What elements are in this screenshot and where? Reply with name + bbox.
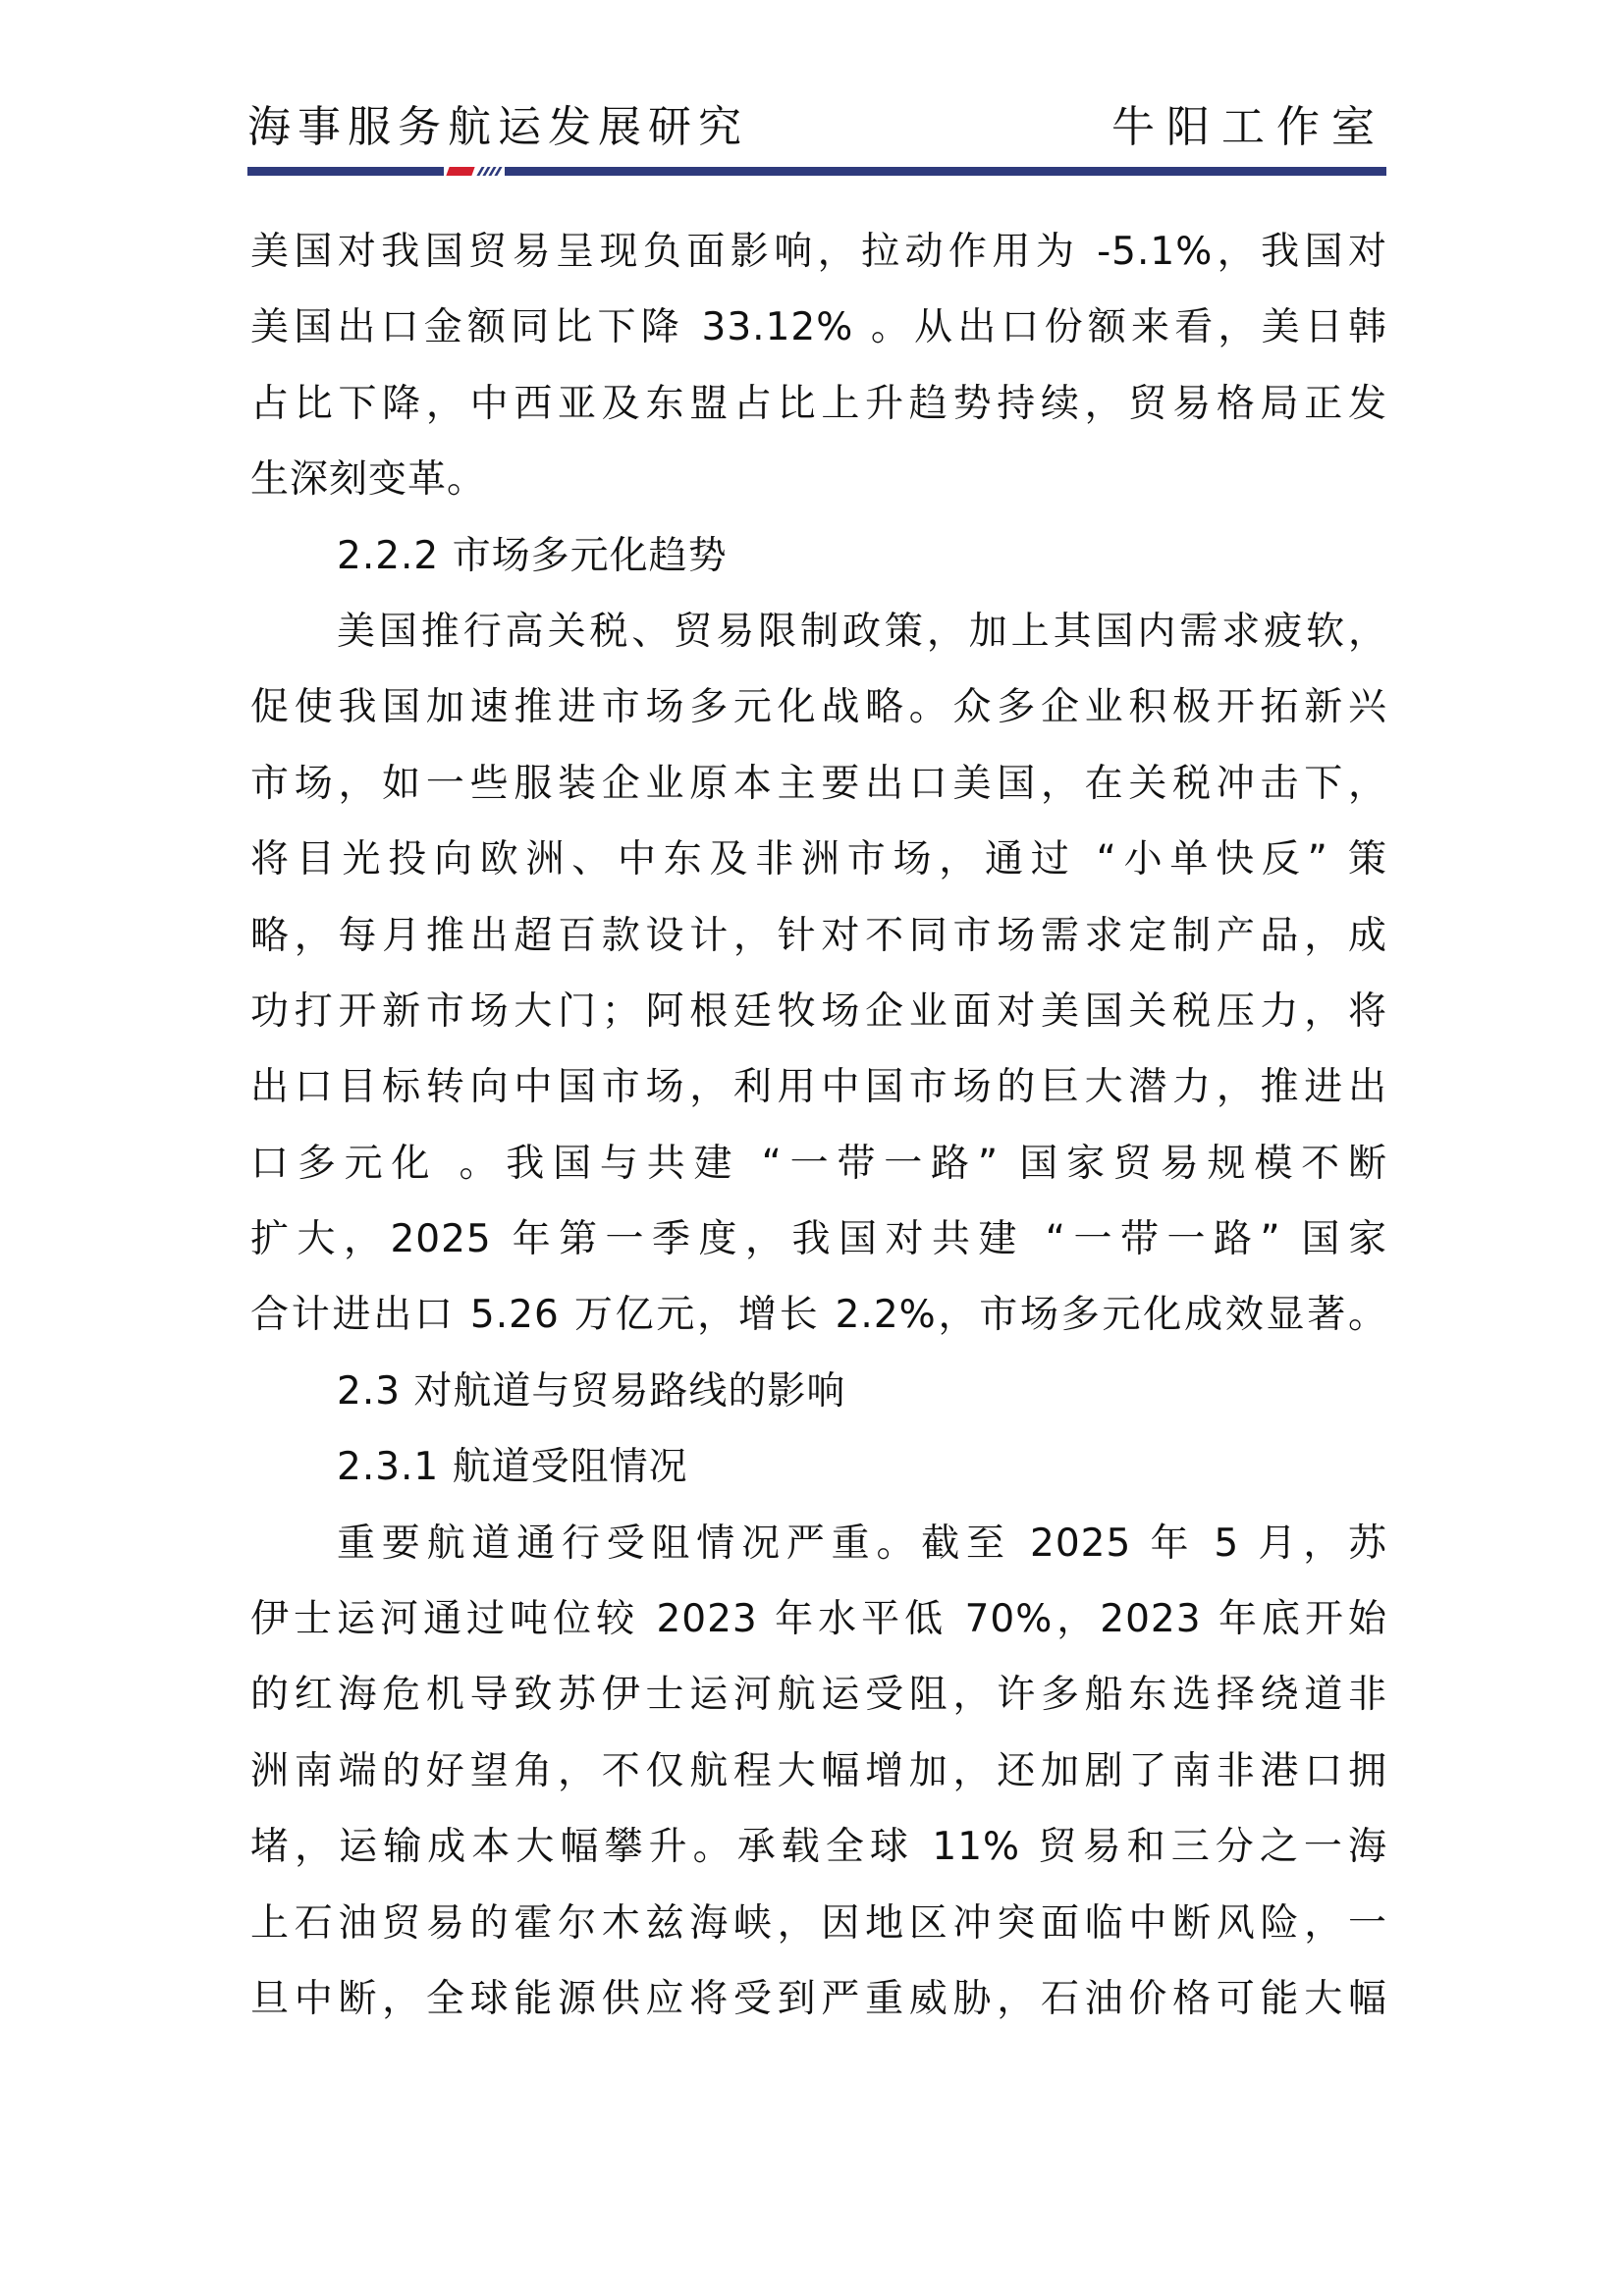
paragraph-line: 美国出口金额同比下降 33.12% 。从出口份额来看，美日韩 (250, 290, 1387, 365)
section-heading-2-2-2: 2.2.2 市场多元化趋势 (250, 518, 1387, 594)
paragraph-line: 扩大，2025 年第一季度，我国对共建 “一带一路” 国家 (250, 1201, 1387, 1277)
paragraph-line: 功打开新市场大门；阿根廷牧场企业面对美国关税压力，将 (250, 974, 1387, 1049)
paragraph-line: 生深刻变革。 (250, 442, 1387, 517)
paragraph-line: 旦中断，全球能源供应将受到严重威胁，石油价格可能大幅 (250, 1961, 1387, 2037)
paragraph-line: 合计进出口 5.26 万亿元，增长 2.2%，市场多元化成效显著。 (250, 1277, 1387, 1353)
document-body: 美国对我国贸易呈现负面影响，拉动作用为 -5.1%，我国对 美国出口金额同比下降… (250, 214, 1387, 2037)
paragraph-line: 伊士运河通过吨位较 2023 年水平低 70%，2023 年底开始 (250, 1581, 1387, 1657)
paragraph-line: 出口目标转向中国市场，利用中国市场的巨大潜力，推进出 (250, 1049, 1387, 1125)
paragraph-line: 上石油贸易的霍尔木兹海峡，因地区冲突面临中断风险，一 (250, 1886, 1387, 1961)
page-header: 海事服务航运发展研究 牛阳工作室 (247, 98, 1386, 157)
section-heading-2-3: 2.3 对航道与贸易路线的影响 (250, 1354, 1387, 1429)
header-author: 牛阳工作室 (1111, 98, 1386, 157)
paragraph-line: 略，每月推出超百款设计，针对不同市场需求定制产品，成 (250, 898, 1387, 974)
header-title: 海事服务航运发展研究 (247, 98, 748, 157)
paragraph-line: 口多元化 。我国与共建 “一带一路” 国家贸易规模不断 (250, 1126, 1387, 1201)
paragraph-line: 美国推行高关税、贸易限制政策，加上其国内需求疲软， (250, 594, 1387, 669)
paragraph-line: 将目光投向欧洲、中东及非洲市场，通过 “小单快反” 策 (250, 822, 1387, 897)
paragraph-line: 的红海危机导致苏伊士运河航运受阻，许多船东选择绕道非 (250, 1657, 1387, 1733)
paragraph-line: 洲南端的好望角，不仅航程大幅增加，还加剧了南非港口拥 (250, 1734, 1387, 1809)
paragraph-line: 促使我国加速推进市场多元化战略。众多企业积极开拓新兴 (250, 669, 1387, 745)
header-rule-red-stripe (446, 167, 474, 176)
header-rule (247, 167, 1386, 176)
paragraph-line: 重要航道通行受阻情况严重。截至 2025 年 5 月，苏 (250, 1506, 1387, 1581)
paragraph-line: 美国对我国贸易呈现负面影响，拉动作用为 -5.1%，我国对 (250, 214, 1387, 290)
paragraph-line: 占比下降，中西亚及东盟占比上升趋势持续，贸易格局正发 (250, 366, 1387, 442)
paragraph-line: 堵，运输成本大幅攀升。承载全球 11% 贸易和三分之一海 (250, 1809, 1387, 1885)
paragraph-line: 市场，如一些服装企业原本主要出口美国，在关税冲击下， (250, 746, 1387, 822)
section-heading-2-3-1: 2.3.1 航道受阻情况 (250, 1429, 1387, 1505)
